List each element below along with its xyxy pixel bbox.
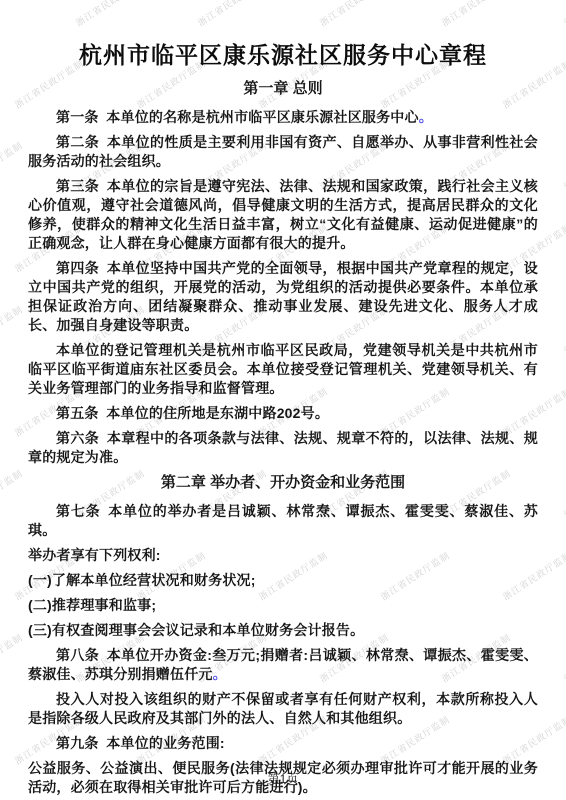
article-label: 第四条 [56, 260, 99, 276]
paragraph-text: 本单位的住所地是东湖中路202号。 [106, 405, 329, 421]
paragraph-text: 本章程中的各项条款与法律、法规、规章不符的，以法律、法规、规章的规定为准。 [28, 430, 538, 465]
paragraph-text: 本单位坚持中国共产党的全面领导，根据中国共产党章程的规定，设立中国共产党的组织，… [28, 260, 538, 333]
article-paragraph: 第四条本单位坚持中国共产党的全面领导，根据中国共产党章程的规定，设立中国共产党的… [28, 259, 538, 335]
article-label: 第五条 [56, 405, 99, 421]
article-label: 第七条 [56, 503, 101, 519]
paragraph-text: 本单位的业务范围: [106, 735, 224, 751]
paragraph-text: 本单位的举办者是吕诚颖、林常焘、谭振杰、霍雯雯、蔡淑佳、苏琪。 [28, 503, 538, 538]
body-paragraph: (一)了解本单位经营状况和财务状况; [28, 571, 538, 590]
article-paragraph: 第七条本单位的举办者是吕诚颖、林常焘、谭振杰、霍雯雯、蔡淑佳、苏琪。 [28, 502, 538, 540]
article-label: 第二条 [56, 134, 99, 150]
article-paragraph: 第二条本单位的性质是主要利用非国有资产、自愿举办、从事非营利性社会服务活动的社会… [28, 133, 538, 171]
paragraph-text: (三)有权查阅理事会会议记录和本单位财务会计报告。 [28, 622, 364, 638]
body-paragraph: (三)有权查阅理事会会议记录和本单位财务会计报告。 [28, 621, 538, 640]
chapter-heading: 第二章 举办者、开办资金和业务范围 [28, 473, 538, 493]
body-paragraph: 举办者享有下列权利: [28, 546, 538, 565]
paragraph-text: 本单位的宗旨是遵守宪法、法律、法规和国家政策，践行社会主义核心价值观，遵守社会道… [28, 178, 538, 251]
page-title: 杭州市临平区康乐源社区服务中心章程 [28, 40, 538, 70]
paragraph-text: 本单位的名称是杭州市临平区康乐源社区服务中心 [106, 109, 418, 125]
article-paragraph: 第一条本单位的名称是杭州市临平区康乐源社区服务中心。 [28, 108, 538, 127]
paragraph-text: 本单位的登记管理机关是杭州市临平区民政局，党建领导机关是中共杭州市临平区临平街道… [28, 342, 538, 396]
article-paragraph: 第六条本章程中的各项条款与法律、法规、规章不符的，以法律、法规、规章的规定为准。 [28, 429, 538, 467]
blue-period: 。 [213, 666, 227, 682]
article-paragraph: 第九条本单位的业务范围: [28, 734, 538, 753]
document-body: 第一章 总则第一条本单位的名称是杭州市临平区康乐源社区服务中心。第二条本单位的性… [28, 79, 538, 797]
paragraph-text: 本单位开办资金:叁万元;捐赠者:吕诚颖、林常焘、谭振杰、霍雯雯、蔡淑佳、苏琪分别… [28, 647, 538, 682]
paragraph-text: 本单位的性质是主要利用非国有资产、自愿举办、从事非营利性社会服务活动的社会组织。 [28, 134, 538, 169]
article-label: 第九条 [56, 735, 99, 751]
paragraph-text: (二)推荐理事和监事; [28, 597, 156, 613]
paragraph-text: 投入人对投入该组织的财产不保留或者享有任何财产权利，本款所称投入人是指除各级人民… [28, 691, 538, 726]
paragraph-text: 举办者享有下列权利: [28, 547, 161, 563]
body-paragraph: (二)推荐理事和监事; [28, 596, 538, 615]
paragraph-text: (一)了解本单位经营状况和财务状况; [28, 572, 256, 588]
article-paragraph: 第五条本单位的住所地是东湖中路202号。 [28, 404, 538, 423]
document-page: 杭州市临平区康乐源社区服务中心章程 第一章 总则第一条本单位的名称是杭州市临平区… [0, 0, 566, 800]
body-paragraph: 投入人对投入该组织的财产不保留或者享有任何财产权利，本款所称投入人是指除各级人民… [28, 690, 538, 728]
article-paragraph: 第三条本单位的宗旨是遵守宪法、法律、法规和国家政策，践行社会主义核心价值观，遵守… [28, 177, 538, 253]
article-paragraph: 第八条本单位开办资金:叁万元;捐赠者:吕诚颖、林常焘、谭振杰、霍雯雯、蔡淑佳、苏… [28, 646, 538, 684]
article-label: 第一条 [56, 109, 99, 125]
blue-period: 。 [419, 109, 433, 125]
article-label: 第八条 [56, 647, 99, 663]
article-label: 第三条 [56, 178, 99, 194]
chapter-heading: 第一章 总则 [28, 79, 538, 99]
page-number: 第1页 [0, 770, 566, 787]
article-label: 第六条 [56, 430, 99, 446]
body-paragraph: 本单位的登记管理机关是杭州市临平区民政局，党建领导机关是中共杭州市临平区临平街道… [28, 341, 538, 398]
